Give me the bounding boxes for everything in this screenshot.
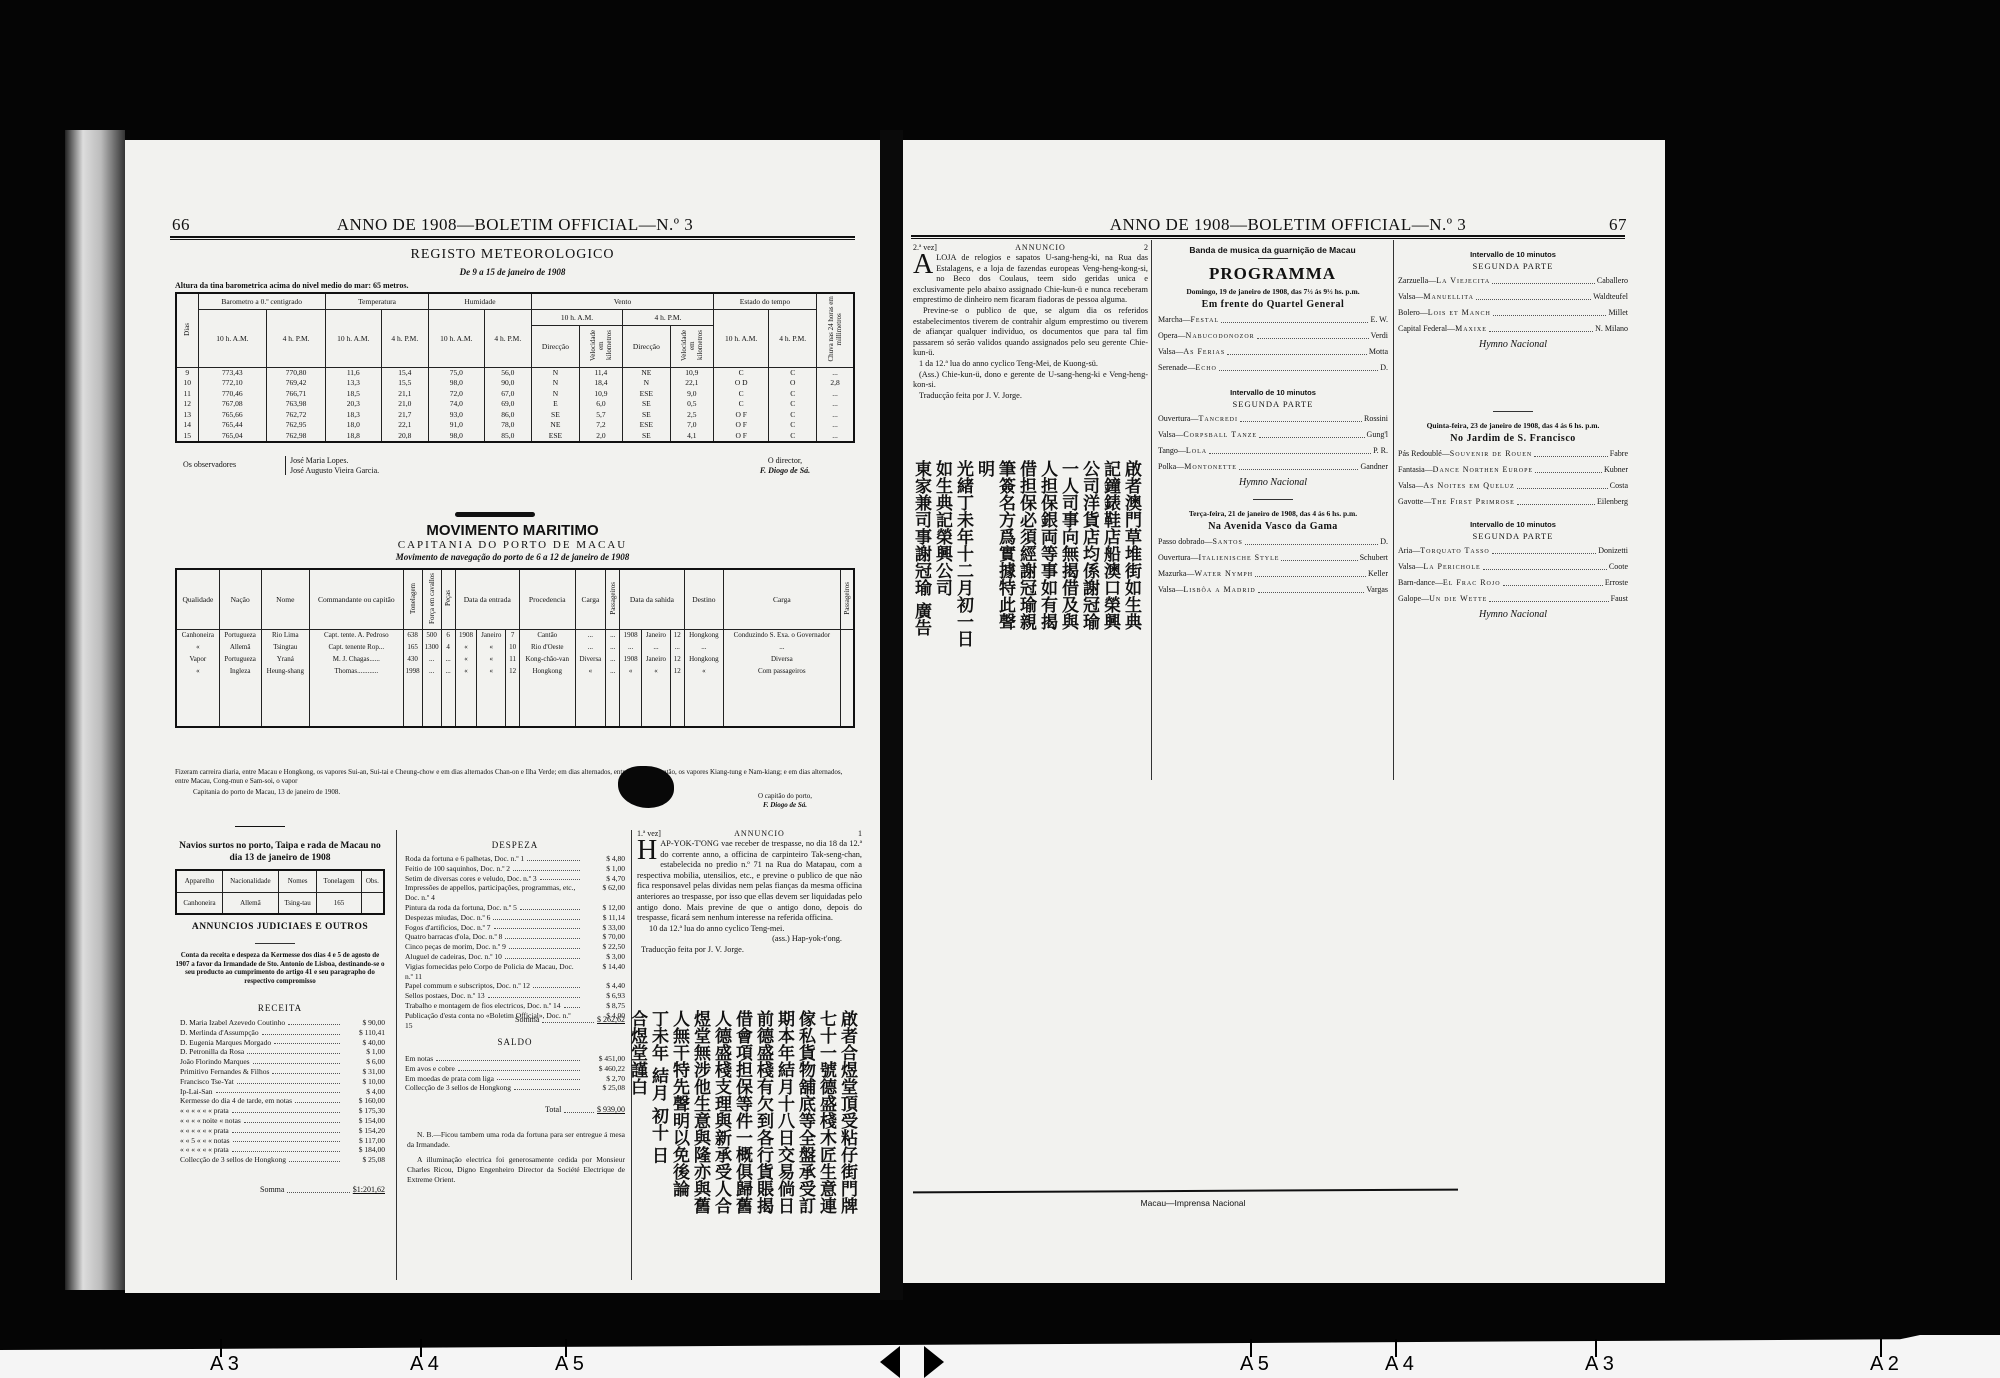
despeza-title: DESPEZA: [405, 840, 625, 850]
chinese-column: 東家兼司事謝冠瑜 廣告: [911, 460, 930, 636]
meteo-cell: 766,71: [267, 389, 326, 400]
navios-cell: [361, 892, 384, 914]
chinese-column: 筆簽名方爲實據特此聲: [995, 460, 1014, 630]
movimento-cell: ...: [422, 665, 441, 677]
movimento-cell: Diversa: [724, 653, 840, 665]
movimento-cell: Rio Lima: [261, 629, 309, 641]
meteo-cell: 22,1: [670, 378, 713, 389]
meteo-cell: 11,6: [326, 367, 382, 378]
meteo-cell: 9: [176, 367, 198, 378]
movimento-cell: «: [176, 665, 219, 677]
movimento-header: Carga: [575, 569, 606, 629]
movimento-cell: Rio d'Oeste: [519, 641, 575, 653]
chinese-column: 人担保銀両等事如有揭: [1037, 460, 1056, 630]
meteo-cell: 762,95: [267, 420, 326, 431]
page-67: ANNO DE 1908—BOLETIM OFFICIAL—N.º 3 67 2…: [903, 140, 1665, 1283]
ledger-row: Collecção de 3 sellos de Hongkong$ 25,08: [405, 1083, 625, 1093]
rule: [1258, 258, 1288, 259]
chinese-column: 公司洋貨店均係謝冠瑜: [1079, 460, 1098, 630]
meteo-cell: 10,9: [579, 389, 622, 400]
meteo-cell: 18,0: [326, 420, 382, 431]
movimento-cell: 12: [670, 665, 684, 677]
movimento-cell: «: [620, 665, 642, 677]
chinese-column: 期本年結月十八日交易倘日: [774, 1010, 793, 1214]
movimento-cell: Portugueza: [219, 629, 261, 641]
movimento-cell: 12: [670, 629, 684, 641]
ledger-row: Impressões de appellos, participações, p…: [405, 883, 625, 903]
navios-header: Obs.: [361, 870, 384, 892]
navios-header: Tonelagem: [317, 870, 361, 892]
ledger-row: « « « « « « prata$ 154,20: [180, 1126, 385, 1136]
movimento-cell: ...: [606, 641, 620, 653]
meteo-cell: 765,04: [198, 431, 267, 443]
ledger-row: Trabalho e montagem de fios electricos, …: [405, 1001, 625, 1011]
meteo-cell: 18,4: [579, 378, 622, 389]
ledger-row: Cinco peças de morim, Doc. n.º 9$ 22,50: [405, 942, 625, 952]
meteo-cell: O F: [713, 410, 769, 421]
meteo-row: 15765,04762,9818,820,898,085,0ESE2,0SE4,…: [176, 431, 854, 443]
movimento-cell: ...: [575, 629, 606, 641]
meteo-cell: 767,08: [198, 399, 267, 410]
movimento-cell: Kong-chão-van: [519, 653, 575, 665]
movimento-cell: 165: [403, 641, 422, 653]
programme-heading: Intervallo de 10 minutos: [1158, 388, 1388, 397]
programme-item: Marcha—FestalE. W.: [1158, 312, 1388, 328]
programme-item: Tango—LolaP. R.: [1158, 443, 1388, 459]
programme-heading: SEGUNDA PARTE: [1158, 397, 1388, 411]
chinese-column: 人無干特先聲明以免後論: [669, 1010, 688, 1197]
movimento-cell: Yraná: [261, 653, 309, 665]
programme-item: Ouvertura—TancrediRossini: [1158, 411, 1388, 427]
meteo-cell: 9,0: [670, 389, 713, 400]
concert-1: Domingo, 19 de janeiro de 1908, das 7½ á…: [1158, 286, 1388, 598]
meteo-cell: 15: [176, 431, 198, 443]
meteo-cell: C: [769, 410, 817, 421]
meteo-director: O director,F. Diogo de Sá.: [725, 456, 845, 475]
movimento-place-date: Capitania do porto de Macau, 13 de janei…: [193, 788, 340, 797]
movimento-cell: Hongkong: [519, 665, 575, 677]
meteo-cell: SE: [622, 410, 670, 421]
ledger-row: Vigias fornecidas pelo Corpo de Policia …: [405, 962, 625, 982]
movimento-cell: «: [455, 665, 477, 677]
navios-cell: Canhoneira: [176, 892, 222, 914]
meteo-cell: 2,8: [817, 378, 855, 389]
movimento-header: Data da entrada: [455, 569, 519, 629]
meteo-cell: C: [769, 431, 817, 443]
meteo-cell: N: [532, 367, 580, 378]
movimento-cell: 6: [441, 629, 455, 641]
nb-note: N. B.—Ficou tambem uma roda da fortuna p…: [407, 1130, 625, 1150]
chinese-column: 借會項担保等件一概俱歸舊: [732, 1010, 751, 1214]
programme-item: Galope—Un die WetteFaust: [1398, 591, 1628, 607]
meteo-cell: 18,3: [326, 410, 382, 421]
annuncios-title: ANNUNCIOS JUDICIAES E OUTROS: [175, 922, 385, 932]
navios-cell: Allemã: [222, 892, 278, 914]
meteo-cell: C: [769, 367, 817, 378]
movimento-cell: 12: [506, 665, 520, 677]
ledger-row: Em moedas de prata com liga$ 2,70: [405, 1074, 625, 1084]
chinese-column: 記鐘錶鞋店船澳口榮興: [1100, 460, 1119, 630]
programme-heading: Domingo, 19 de janeiro de 1908, das 7½ á…: [1158, 286, 1388, 298]
movimento-header: Carga: [724, 569, 840, 629]
meteo-cell: 72,0: [429, 389, 485, 400]
meteo-cell: 75,0: [429, 367, 485, 378]
movimento-header: Nome: [261, 569, 309, 629]
programme-heading: SEGUNDA PARTE: [1398, 529, 1628, 543]
ledger-row: Papel commum e subscriptos, Doc. n.º 12$…: [405, 981, 625, 991]
meteo-cell: 2,0: [579, 431, 622, 443]
ledger-row: Collecção de 3 sellos de Hongkong$ 25,08: [180, 1155, 385, 1165]
chinese-column: 明: [974, 460, 993, 477]
meteo-cell: 10: [176, 378, 198, 389]
meteo-cell: 772,10: [198, 378, 267, 389]
navios-table: ApparelhoNacionalidadeNomesTonelagemObs.…: [175, 869, 385, 915]
meteo-cell: NE: [532, 420, 580, 431]
movimento-cell: Janeiro: [642, 653, 671, 665]
receita-total: Somma$1:201,62: [260, 1185, 385, 1196]
ruler-tick: A 5: [555, 1353, 584, 1376]
movimento-row: «InglezaHeung-shangThomas............199…: [176, 665, 854, 677]
ledger-row: Sellos postaes, Doc. n.º 13$ 6,93: [405, 991, 625, 1001]
navios-title: Navios surtos no porto, Taipa e rada de …: [175, 840, 385, 864]
programme-heading: Terça-feira, 21 de janeiro de 1908, das …: [1158, 508, 1388, 520]
meteo-cell: 91,0: [429, 420, 485, 431]
navios-cell: 165: [317, 892, 361, 914]
movimento-cell: ...: [606, 629, 620, 641]
programme-item: Ouvertura—Italienische StyleSchubert: [1158, 550, 1388, 566]
movimento-cell: Portugueza: [219, 653, 261, 665]
movimento-title: MOVIMENTO MARITIMO: [170, 522, 855, 539]
meteo-cell: ...: [817, 389, 855, 400]
concert-2-part2: Intervallo de 10 minutosSEGUNDA PARTEZar…: [1398, 240, 1628, 353]
ledger-row: Em avos e cobre$ 460,22: [405, 1064, 625, 1074]
movimento-cell: 4: [441, 641, 455, 653]
meteo-cell: 10,9: [670, 367, 713, 378]
meteo-cell: N: [532, 378, 580, 389]
running-header-right: ANNO DE 1908—BOLETIM OFFICIAL—N.º 3: [1083, 215, 1493, 235]
meteo-cell: C: [713, 389, 769, 400]
movimento-header: Passageiros: [840, 569, 854, 629]
meteo-cell: C: [769, 389, 817, 400]
movimento-cell: ...: [422, 653, 441, 665]
programme-item: Passo dobrado—SantosD.: [1158, 534, 1388, 550]
observers-label: Os observadores: [183, 460, 236, 470]
meteo-cell: ESE: [532, 431, 580, 443]
meteo-note: Altura da tina barometrica acima do nive…: [175, 281, 775, 291]
meteo-cell: C: [713, 367, 769, 378]
meteo-cell: 90,0: [484, 378, 531, 389]
ruler-tick: A 4: [1385, 1353, 1414, 1376]
meteo-cell: E: [532, 399, 580, 410]
meteo-cell: 85,0: [484, 431, 531, 443]
movimento-cell: 12: [670, 653, 684, 665]
annuncio-hap-yok-tong: 1.ª vez]ANNUNCIO1 HAP-YOK-T'ONG vae rece…: [637, 828, 862, 956]
movimento-header: Destino: [684, 569, 724, 629]
navios-cell: Tsing-tau: [278, 892, 317, 914]
movimento-cell: ...: [620, 641, 642, 653]
programme-item: Aria—Torquato TassoDonizetti: [1398, 543, 1628, 559]
meteo-cell: 18,5: [326, 389, 382, 400]
movimento-header: Commandante ou capitão: [310, 569, 404, 629]
programme-heading: Hymno Nacional: [1398, 337, 1628, 353]
meteo-row: 9773,43770,8011,615,475,056,0N11,4NE10,9…: [176, 367, 854, 378]
programma-title: PROGRAMMA: [1155, 264, 1390, 284]
meteo-cell: 6,0: [579, 399, 622, 410]
ruler-tick: A 3: [210, 1353, 239, 1376]
column-rule: [396, 830, 397, 1280]
movimento-cell: ...: [575, 641, 606, 653]
meteo-row: 14765,44762,9518,022,191,078,0NE7,2ESE7,…: [176, 420, 854, 431]
programme-item: Gavotte—The First PrimroseEilenberg: [1398, 494, 1628, 510]
movimento-cell: Com passageiros: [724, 665, 840, 677]
meteo-cell: O F: [713, 420, 769, 431]
meteo-cell: 93,0: [429, 410, 485, 421]
meteo-cell: 4,1: [670, 431, 713, 443]
ornament-rule: [235, 826, 285, 827]
meteo-cell: 770,80: [267, 367, 326, 378]
column-rule: [1151, 240, 1152, 780]
meteo-row: 12767,08763,9820,321,074,069,0E6,0SE0,5C…: [176, 399, 854, 410]
meteo-cell: 12: [176, 399, 198, 410]
meteo-cell: ESE: [622, 389, 670, 400]
running-header-left: ANNO DE 1908—BOLETIM OFFICIAL—N.º 3: [235, 215, 795, 235]
programme-item: Mazurka—Water NymphKeller: [1158, 566, 1388, 582]
right-arrow-icon: [924, 1346, 944, 1378]
chinese-column: 啟者澳門草堆街如生典: [1121, 460, 1140, 630]
receita-title: RECEITA: [175, 1003, 385, 1013]
meteo-cell: C: [769, 399, 817, 410]
chinese-column: 啟者合煜堂頂受粘仔街門牌: [837, 1010, 856, 1214]
movimento-cell: Janeiro: [642, 629, 671, 641]
saldo-title: SALDO: [405, 1037, 625, 1047]
meteo-cell: C: [769, 420, 817, 431]
meteo-cell: 67,0: [484, 389, 531, 400]
meteo-cell: C: [713, 399, 769, 410]
rule: [255, 943, 295, 944]
programme-heading: Intervallo de 10 minutos: [1398, 520, 1628, 529]
chinese-column: 七十一號德盛棧木匠生意連: [816, 1010, 835, 1214]
meteo-row: 13765,66762,7218,321,793,086,0SE5,7SE2,5…: [176, 410, 854, 421]
meteo-cell: 21,0: [381, 399, 428, 410]
movimento-cell: «: [477, 641, 506, 653]
movimento-cell: «: [575, 665, 606, 677]
meteo-cell: 765,44: [198, 420, 267, 431]
header-rule: [911, 235, 1625, 239]
meteo-cell: 14: [176, 420, 198, 431]
meteo-cell: 773,43: [198, 367, 267, 378]
meteo-table: Dias Barometro a 0.º centigrado Temperat…: [175, 292, 855, 443]
meteo-cell: 769,42: [267, 378, 326, 389]
column-rule: [1393, 240, 1394, 780]
programme-heading: Intervallo de 10 minutos: [1398, 250, 1628, 259]
programme-item: Bolero—Lois et ManchMillet: [1398, 305, 1628, 321]
scanned-newspaper-spread: 66 ANNO DE 1908—BOLETIM OFFICIAL—N.º 3 R…: [0, 0, 2000, 1378]
movimento-cell: Thomas............: [310, 665, 404, 677]
ledger-row: João Florindo Marques$ 6,00: [180, 1057, 385, 1067]
ledger-row: « « « « noite « notas$ 154,00: [180, 1116, 385, 1126]
meteo-cell: 20,8: [381, 431, 428, 443]
meteo-cell: O: [769, 378, 817, 389]
meteo-title: REGISTO METEOROLOGICO: [170, 247, 855, 263]
scan-ruler: [0, 1335, 2000, 1378]
meteo-cell: 13: [176, 410, 198, 421]
movimento-cell: ...: [606, 653, 620, 665]
movimento-cell: 500: [422, 629, 441, 641]
movimento-table: QualidadeNaçãoNomeCommandante ou capitão…: [175, 568, 855, 728]
movimento-cell: «: [477, 665, 506, 677]
programme-heading: Em frente do Quartel General: [1158, 298, 1388, 312]
meteo-cell: NE: [622, 367, 670, 378]
movimento-signature: O capitão do porto,F. Diogo de Sá.: [725, 792, 845, 809]
ledger-row: Quatro barracas d'ola, Doc. n.º 8$ 70,00: [405, 932, 625, 942]
ledger-row: D. Eugenia Marques Morgado$ 40,00: [180, 1038, 385, 1048]
movimento-note: Fizeram carreira diaria, entre Macau e H…: [175, 768, 855, 785]
movimento-cell: 11: [506, 653, 520, 665]
movimento-cell: «: [176, 641, 219, 653]
bottom-rule: [913, 1189, 1458, 1194]
navios-header: Nacionalidade: [222, 870, 278, 892]
ledger-row: Primitivo Fernandes & Filhos$ 31,00: [180, 1067, 385, 1077]
meteo-cell: 762,98: [267, 431, 326, 443]
movimento-cell: Heung-shang: [261, 665, 309, 677]
book-gutter: [880, 130, 903, 1300]
movimento-row: VaporPortuguezaYranáM. J. Chagas......43…: [176, 653, 854, 665]
meteo-cell: O F: [713, 431, 769, 443]
programme-item: Polka—MontonetteGandner: [1158, 459, 1388, 475]
programme-item: Serenade—EchoD.: [1158, 360, 1388, 376]
meteo-cell: 78,0: [484, 420, 531, 431]
programme-item: Zarzuella—La ViejecitaCaballero: [1398, 273, 1628, 289]
ledger-row: Kermesse do dia 4 de tarde, em notas$ 16…: [180, 1096, 385, 1106]
navios-header: Nomes: [278, 870, 317, 892]
ledger-row: Fogos d'artificios, Doc. n.º 7$ 33,00: [405, 923, 625, 933]
meteo-row: 10772,10769,4213,315,598,090,0N18,4N22,1…: [176, 378, 854, 389]
saldo-total: Total$ 939,00: [545, 1105, 625, 1116]
receita-list: D. Maria Izabel Azevedo Coutinho$ 90,00D…: [180, 1018, 385, 1165]
ornament: [455, 512, 535, 517]
annuncio-loja: 2.ª vez]ANNUNCIO2 ALOJA de relogios e sa…: [913, 242, 1148, 401]
movimento-cell: «: [455, 653, 477, 665]
ruler-tick: A 5: [1240, 1353, 1269, 1376]
meteo-cell: SE: [622, 399, 670, 410]
movimento-cell: Capt. tente. A. Pedroso: [310, 629, 404, 641]
movimento-cell: Ingleza: [219, 665, 261, 677]
meteo-row: 11770,46766,7118,521,172,067,0N10,9ESE9,…: [176, 389, 854, 400]
left-arrow-icon: [880, 1346, 900, 1378]
ink-blot: [618, 766, 674, 808]
meteo-cell: 22,1: [381, 420, 428, 431]
meteo-cell: 762,72: [267, 410, 326, 421]
meteo-cell: 0,5: [670, 399, 713, 410]
movimento-cell: 430: [403, 653, 422, 665]
meteo-cell: SE: [532, 410, 580, 421]
movimento-cell: 1908: [620, 629, 642, 641]
page-number-left: 66: [172, 215, 190, 235]
movimento-cell: «: [477, 653, 506, 665]
meteo-cell: 56,0: [484, 367, 531, 378]
ledger-row: Aluguel de cadeiras, Doc. n.º 10$ 3,00: [405, 952, 625, 962]
chinese-column: 人德盛棧支理與新承受人合: [711, 1010, 730, 1214]
page-number-right: 67: [1609, 215, 1627, 235]
movimento-cell: Hongkong: [684, 629, 724, 641]
ledger-row: Despezas miudas, Doc. n.º 6$ 11,14: [405, 913, 625, 923]
ledger-row: Francisco Tse-Yat$ 10,00: [180, 1077, 385, 1087]
despeza-list: Roda da fortuna e 6 palhetas, Doc. n.º 1…: [405, 854, 625, 1030]
programme-item: Pás Redoublé—Souvenir de RouenFabre: [1398, 446, 1628, 462]
programme-item: Capital Federal—MaxixeN. Milano: [1398, 321, 1628, 337]
programme-item: Valsa—Lisbôa a MadridVargas: [1158, 582, 1388, 598]
ledger-row: Setim de diversas cores e veludo, Doc. n…: [405, 874, 625, 884]
saldo-list: Em notas$ 451,00Em avos e cobre$ 460,22E…: [405, 1054, 625, 1093]
movimento-cell: ...: [724, 641, 840, 653]
movimento-header: Peças: [441, 569, 455, 629]
meteo-cell: 11,4: [579, 367, 622, 378]
chinese-column: 如生典記榮興公司: [932, 460, 951, 596]
meteo-cell: SE: [622, 431, 670, 443]
movimento-header: Procedencia: [519, 569, 575, 629]
movimento-cell: Capt. tenente Rop...: [310, 641, 404, 653]
movimento-cell: Janeiro: [477, 629, 506, 641]
movimento-cell: 7: [506, 629, 520, 641]
concert-3: Quinta-feira, 23 de janeiro de 1908, das…: [1398, 405, 1628, 623]
movimento-cell: 1998: [403, 665, 422, 677]
annuncios-intro: Conta da receita e despeza da Kermesse d…: [175, 951, 385, 985]
chinese-column: 傢私貨物舖底等全盤承受訂: [795, 1010, 814, 1214]
movimento-cell: Conduzindo S. Exa. o Governador: [724, 629, 840, 641]
ledger-row: « « 5 « « « notas$ 117,00: [180, 1136, 385, 1146]
movimento-cell: «: [455, 641, 477, 653]
programme-heading: SEGUNDA PARTE: [1398, 259, 1628, 273]
meteo-cell: 15,4: [381, 367, 428, 378]
book-edge: [65, 130, 125, 1290]
movimento-cell: ...: [441, 653, 455, 665]
programme-item: Opera—NabucodonozorVerdi: [1158, 328, 1388, 344]
chinese-column: 光緒丁未年十二月初一日: [953, 460, 972, 647]
meteo-cell: 98,0: [429, 431, 485, 443]
movimento-cell: ...: [642, 641, 671, 653]
meteo-cell: ...: [817, 431, 855, 443]
movimento-cell: 10: [506, 641, 520, 653]
chinese-column: 借担保必須經謝冠瑜親: [1016, 460, 1035, 630]
movimento-header: Força em cavallos: [422, 569, 441, 629]
meteo-cell: N: [532, 389, 580, 400]
meteo-cell: 18,8: [326, 431, 382, 443]
programme-item: Fantasia—Dance Northen EuropeKubner: [1398, 462, 1628, 478]
chinese-column: 一人司事向無揭借及與: [1058, 460, 1077, 630]
movimento-cell: 1908: [620, 653, 642, 665]
movimento-cell: 1908: [455, 629, 477, 641]
meteo-cell: 7,2: [579, 420, 622, 431]
meteo-cell: O D: [713, 378, 769, 389]
programme-item: Valsa—As Noites em QueluzCosta: [1398, 478, 1628, 494]
movimento-cell: ...: [606, 665, 620, 677]
movimento-cell: Cantão: [519, 629, 575, 641]
meteo-cell: 763,98: [267, 399, 326, 410]
meteo-cell: ...: [817, 410, 855, 421]
band-name: Banda de musica da guarnição de Macau: [1155, 245, 1390, 255]
movimento-header: Passageiros: [606, 569, 620, 629]
movimento-header: Nação: [219, 569, 261, 629]
movimento-header: Tonelagem: [403, 569, 422, 629]
programme-heading: Na Avenida Vasco da Gama: [1158, 520, 1388, 534]
ledger-row: Feitio de 100 saquinhos, Doc. n.º 2$ 1,0…: [405, 864, 625, 874]
movimento-cell: Canhoneira: [176, 629, 219, 641]
meteo-cell: 21,1: [381, 389, 428, 400]
observers-names: José Maria Lopes.José Augusto Vieira Gar…: [285, 456, 379, 475]
movimento-cell: Tsingtau: [261, 641, 309, 653]
programme-heading: Hymno Nacional: [1158, 475, 1388, 491]
movimento-header: Qualidade: [176, 569, 219, 629]
